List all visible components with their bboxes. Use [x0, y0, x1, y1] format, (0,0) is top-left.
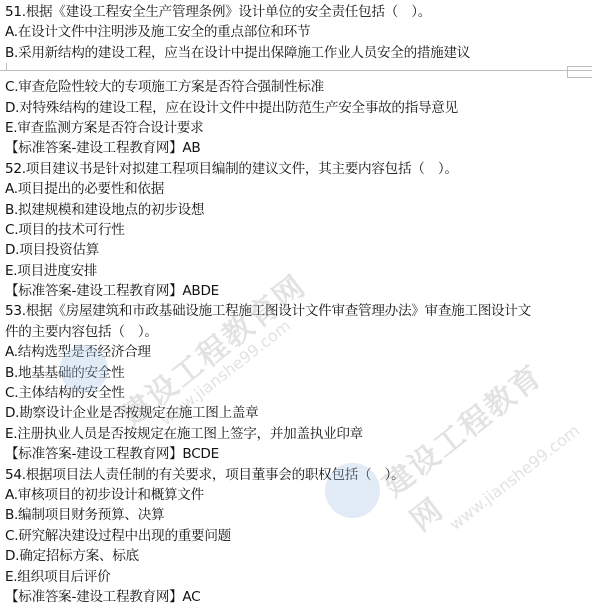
document-body: 51.根据《建设工程安全生产管理条例》设计单位的安全责任包括（ ）。 A.在设计… — [5, 2, 592, 607]
question-54-option-a: A.审核项目的初步设计和概算文件 — [5, 485, 592, 505]
question-52-stem: 52.项目建议书是针对拟建工程项目编制的建议文件，其主要内容包括（ ）。 — [5, 159, 592, 179]
question-52-option-e: E.项目进度安排 — [5, 261, 592, 281]
question-52-option-b: B.拟建规模和建设地点的初步设想 — [5, 200, 592, 220]
question-53-answer: 【标准答案-建设工程教育网】BCDE — [5, 444, 592, 464]
question-51-option-e: E.审查监测方案是否符合设计要求 — [5, 118, 592, 138]
question-53-stem-line2: 件的主要内容包括（ ）。 — [5, 322, 592, 342]
page-break-rule — [5, 70, 592, 71]
question-54-option-e: E.组织项目后评价 — [5, 567, 592, 587]
question-54-stem: 54.根据项目法人责任制的有关要求，项目董事会的职权包括（ ）。 — [5, 465, 592, 485]
question-51-option-b: B.采用新结构的建设工程，应当在设计中提出保障施工作业人员安全的措施建议 — [5, 43, 592, 63]
page-break-divider — [5, 63, 592, 77]
question-54-option-b: B.编制项目财务预算、决算 — [5, 505, 592, 525]
question-54-option-c: C.研究解决建设过程中出现的重要问题 — [5, 526, 592, 546]
question-51-answer: 【标准答案-建设工程教育网】AB — [5, 138, 592, 158]
page-corner-mark-right — [567, 66, 592, 78]
question-52-option-c: C.项目的技术可行性 — [5, 220, 592, 240]
question-52-answer: 【标准答案-建设工程教育网】ABDE — [5, 281, 592, 301]
question-53-option-b: B.地基基础的安全性 — [5, 363, 592, 383]
question-54-answer: 【标准答案-建设工程教育网】AC — [5, 587, 592, 607]
question-54-option-d: D.确定招标方案、标底 — [5, 546, 592, 566]
question-51-option-d: D.对特殊结构的建设工程，应在设计文件中提出防范生产安全事故的指导意见 — [5, 98, 592, 118]
question-53-option-a: A.结构选型是否经济合理 — [5, 342, 592, 362]
question-51-option-a: A.在设计文件中注明涉及施工安全的重点部位和环节 — [5, 22, 592, 42]
question-53-option-e: E.注册执业人员是否按规定在施工图上签字，并加盖执业印章 — [5, 424, 592, 444]
question-52-option-d: D.项目投资估算 — [5, 240, 592, 260]
question-53-stem-line1: 53.根据《房屋建筑和市政基础设施工程施工图设计文件审查管理办法》审查施工图设计… — [5, 301, 592, 321]
question-53-option-d: D.勘察设计企业是否按规定在施工图上盖章 — [5, 403, 592, 423]
question-53-option-c: C.主体结构的安全性 — [5, 383, 592, 403]
question-52-option-a: A.项目提出的必要性和依据 — [5, 179, 592, 199]
question-51-stem: 51.根据《建设工程安全生产管理条例》设计单位的安全责任包括（ ）。 — [5, 2, 592, 22]
page-corner-mark-left — [0, 63, 7, 71]
question-51-option-c: C.审查危险性较大的专项施工方案是否符合强制性标准 — [5, 77, 592, 97]
